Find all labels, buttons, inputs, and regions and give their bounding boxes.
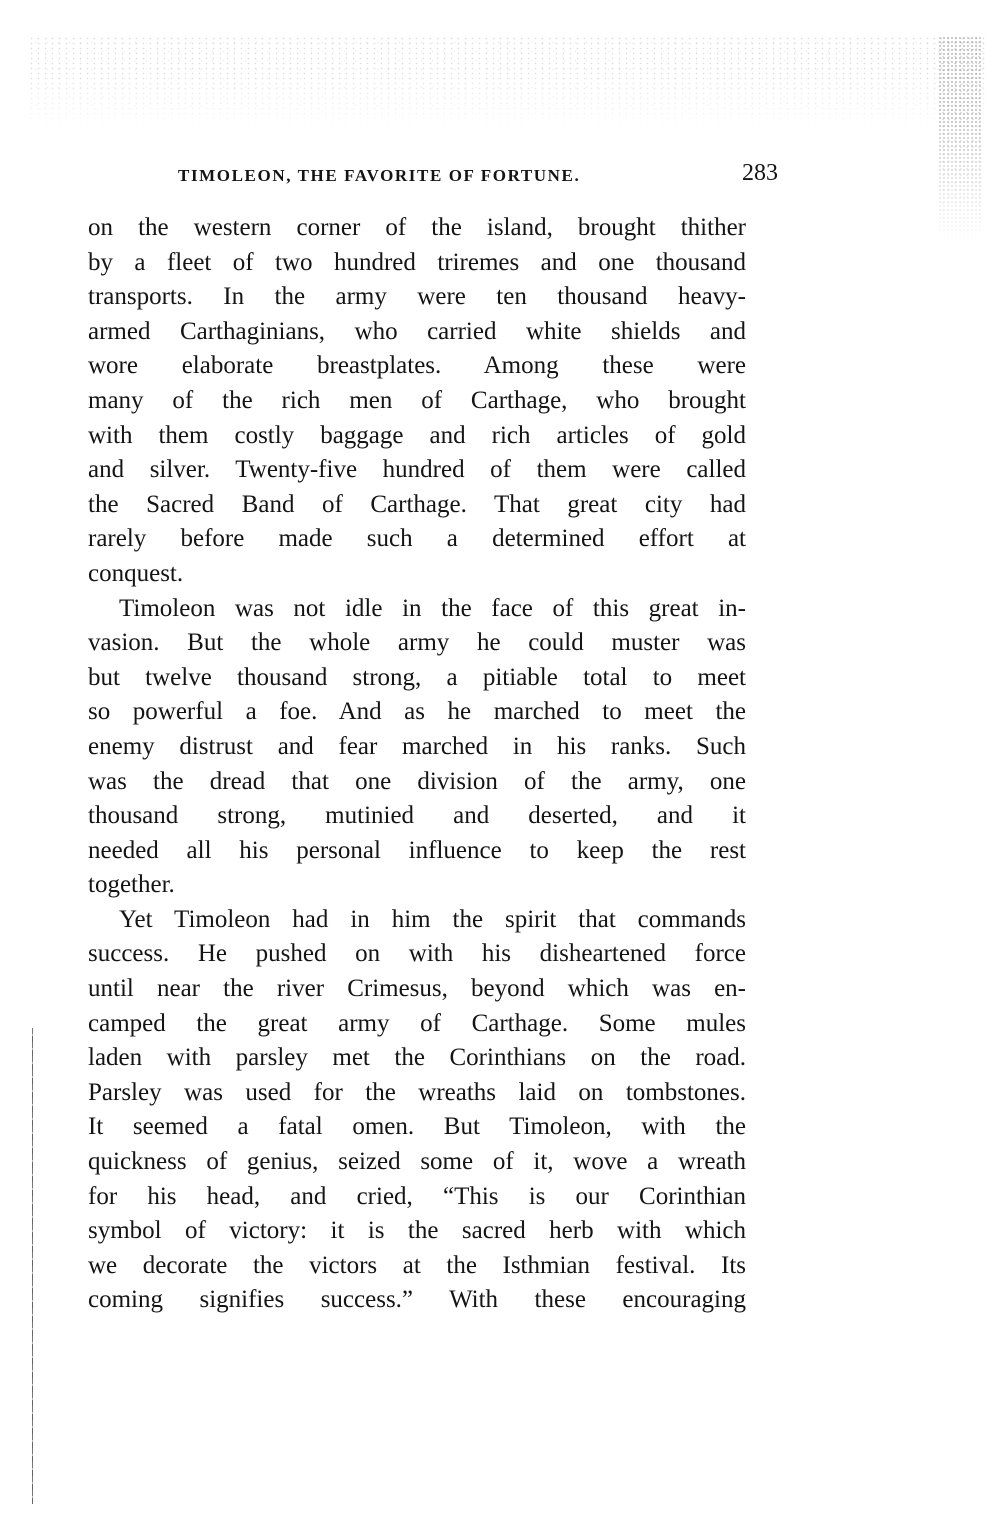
scan-noise-top [28,36,988,131]
text-line: on the western corner of the island, bro… [88,211,746,246]
text-line: Timoleon was not idle in the face of thi… [88,592,746,627]
text-line: camped the great army of Carthage. Some … [88,1007,746,1042]
text-line: for his head, and cried, “This is our Co… [88,1180,746,1215]
text-line: until near the river Crimesus, beyond wh… [88,972,746,1007]
text-line: symbol of victory: it is the sacred herb… [88,1214,746,1249]
scan-noise-right-margin [938,36,983,241]
text-line: and silver. Twenty-five hundred of them … [88,453,746,488]
text-line: many of the rich men of Carthage, who br… [88,384,746,419]
text-line: It seemed a fatal omen. But Timoleon, wi… [88,1110,746,1145]
text-line: the Sacred Band of Carthage. That great … [88,488,746,523]
text-line: armed Carthaginians, who carried white s… [88,315,746,350]
text-line: laden with parsley met the Corinthians o… [88,1041,746,1076]
text-line: but twelve thousand strong, a pitiable t… [88,661,746,696]
running-title: TIMOLEON, THE FAVORITE OF FORTUNE. [178,166,580,186]
text-line: coming signifies success.” With these en… [88,1283,746,1318]
text-line: rarely before made such a determined eff… [88,522,746,557]
text-line: together. [88,868,746,903]
text-line: vasion. But the whole army he could must… [88,626,746,661]
text-line: with them costly baggage and rich articl… [88,419,746,454]
body-text: on the western corner of the island, bro… [88,211,746,1318]
text-line: success. He pushed on with his dishearte… [88,937,746,972]
text-line: wore elaborate breastplates. Among these… [88,349,746,384]
text-line: Parsley was used for the wreaths laid on… [88,1076,746,1111]
text-line: so powerful a foe. And as he marched to … [88,695,746,730]
text-line: needed all his personal influence to kee… [88,834,746,869]
text-line: conquest. [88,557,746,592]
text-line: Yet Timoleon had in him the spirit that … [88,903,746,938]
text-line: by a fleet of two hundred triremes and o… [88,246,746,281]
text-line: we decorate the victors at the Isthmian … [88,1249,746,1284]
text-line: enemy distrust and fear marched in his r… [88,730,746,765]
page-number: 283 [742,160,778,187]
running-header: TIMOLEON, THE FAVORITE OF FORTUNE. 283 [178,160,778,194]
text-line: thousand strong, mutinied and deserted, … [88,799,746,834]
margin-rule-line [32,1028,33,1504]
text-line: quickness of genius, seized some of it, … [88,1145,746,1180]
text-line: transports. In the army were ten thousan… [88,280,746,315]
text-line: was the dread that one division of the a… [88,765,746,800]
